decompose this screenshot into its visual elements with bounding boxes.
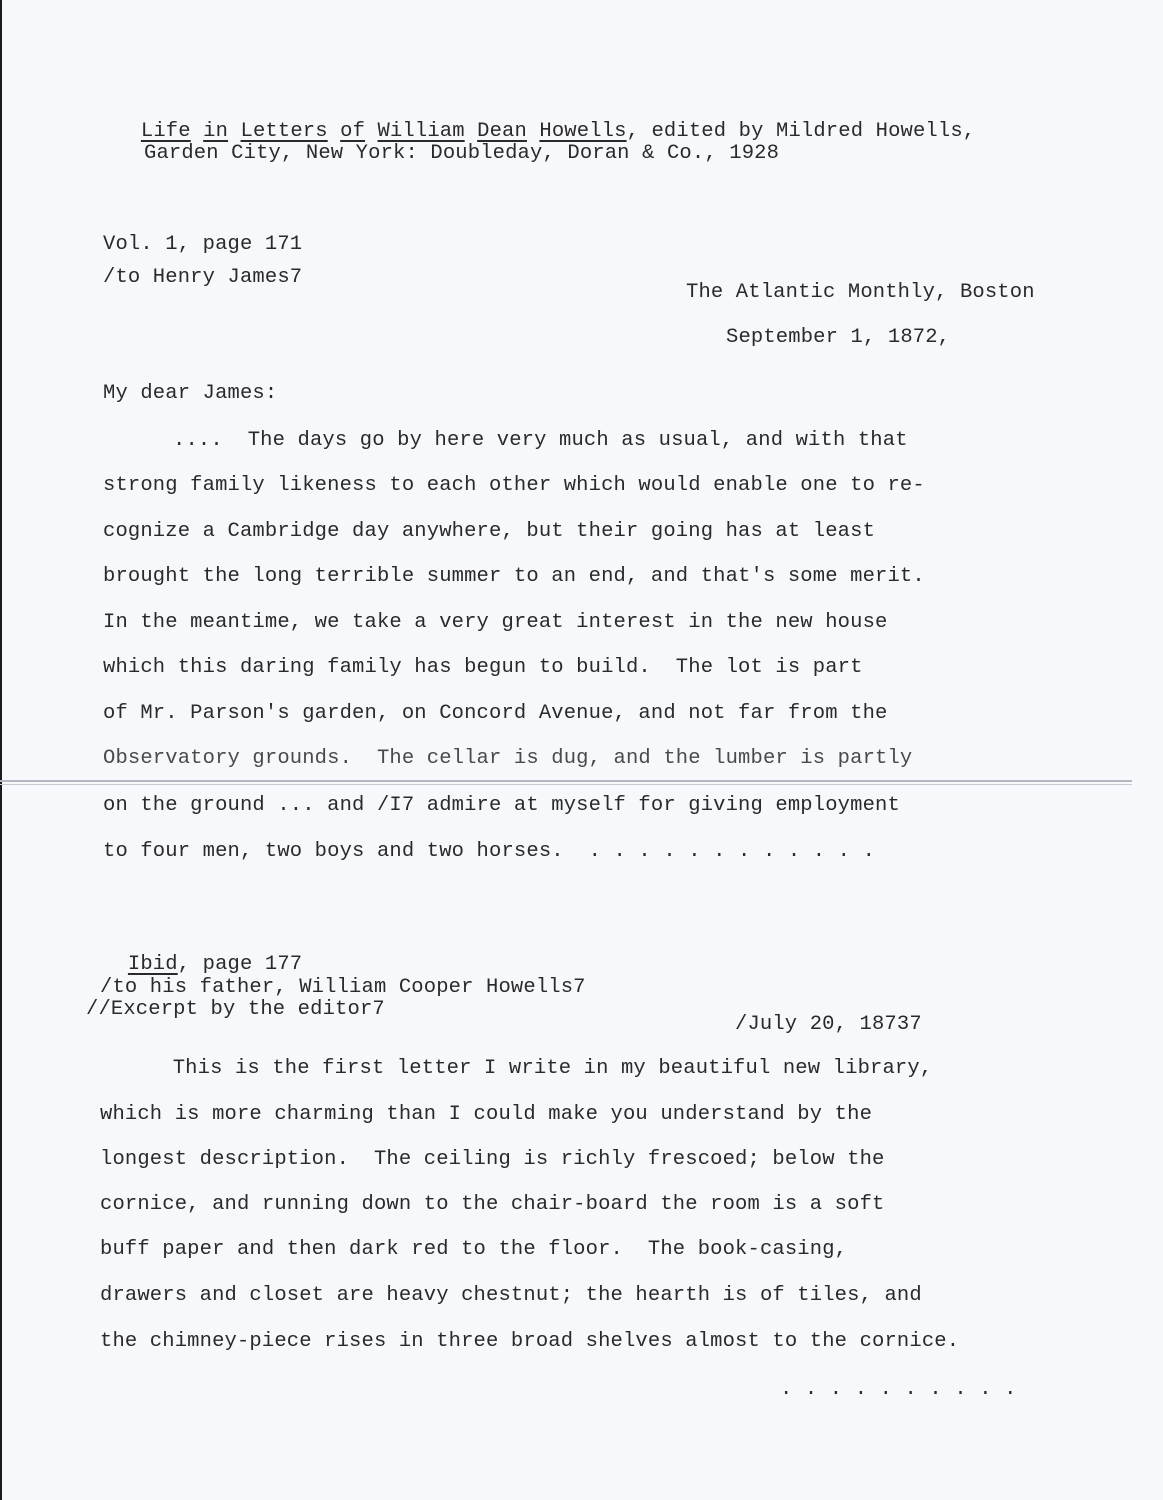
- letter2-closing-ellipsis: . . . . . . . . . .: [780, 1378, 1017, 1402]
- book-title-word: Letters: [241, 120, 328, 143]
- letter2-date: /July 20, 18737: [735, 1013, 922, 1037]
- letter2-reference: Ibid, page 177: [103, 929, 302, 977]
- letter1-body-line: on the ground ... and /I7 admire at myse…: [103, 794, 900, 818]
- letter1-body-line: brought the long terrible summer to an e…: [103, 565, 925, 589]
- publisher-line: Garden City, New York: Doubleday, Doran …: [144, 142, 779, 166]
- letter2-body-line: cornice, and running down to the chair-b…: [100, 1193, 884, 1217]
- letter1-body-line: to four men, two boys and two horses. . …: [103, 840, 875, 864]
- letter2-body-line: the chimney-piece rises in three broad s…: [100, 1330, 959, 1354]
- citation-title-line: Life in Letters of William Dean Howells,…: [116, 96, 975, 144]
- letter2-body-line: This is the first letter I write in my b…: [98, 1057, 932, 1081]
- letter1-body-line: of Mr. Parson's garden, on Concord Avenu…: [103, 702, 887, 726]
- scan-left-edge: [0, 0, 2, 1500]
- letter1-body-line: which this daring family has begun to bu…: [103, 656, 863, 680]
- book-title-word: William: [378, 120, 465, 143]
- letter1-body-line: strong family likeness to each other whi…: [103, 474, 925, 498]
- ibid-label: Ibid: [128, 953, 178, 976]
- letter1-body-line: cognize a Cambridge day anywhere, but th…: [103, 520, 875, 544]
- letter1-recipient-note: /to Henry James7: [103, 266, 302, 290]
- letter2-body-line: which is more charming than I could make…: [100, 1103, 872, 1127]
- editor-credit: , edited by Mildred Howells,: [627, 120, 976, 143]
- book-title-word: of: [340, 120, 365, 143]
- book-title-word: Life: [141, 120, 191, 143]
- letter1-body-line: In the meantime, we take a very great in…: [103, 611, 887, 635]
- page-reference: , page 177: [178, 953, 303, 976]
- letter2-editor-note: //Excerpt by the editor7: [86, 998, 385, 1022]
- letter2-recipient-note: /to his father, William Cooper Howells7: [100, 976, 586, 1000]
- letter1-salutation: My dear James:: [103, 382, 277, 406]
- book-title-word: in: [203, 120, 228, 143]
- book-title-word: Dean: [477, 120, 527, 143]
- letter1-date: September 1, 1872,: [726, 326, 950, 350]
- letter2-body-line: longest description. The ceiling is rich…: [100, 1148, 884, 1172]
- letter2-body-line: buff paper and then dark red to the floo…: [100, 1238, 847, 1262]
- letter1-place: The Atlantic Monthly, Boston: [686, 281, 1035, 305]
- letter1-body-line: .... The days go by here very much as us…: [173, 429, 908, 453]
- letter2-body-line: drawers and closet are heavy chestnut; t…: [100, 1284, 922, 1308]
- book-title-word: Howells: [539, 120, 626, 143]
- letter1-body-line: Observatory grounds. The cellar is dug, …: [103, 747, 912, 771]
- scan-seam-divider: [0, 780, 1132, 785]
- letter1-reference: Vol. 1, page 171: [103, 233, 302, 257]
